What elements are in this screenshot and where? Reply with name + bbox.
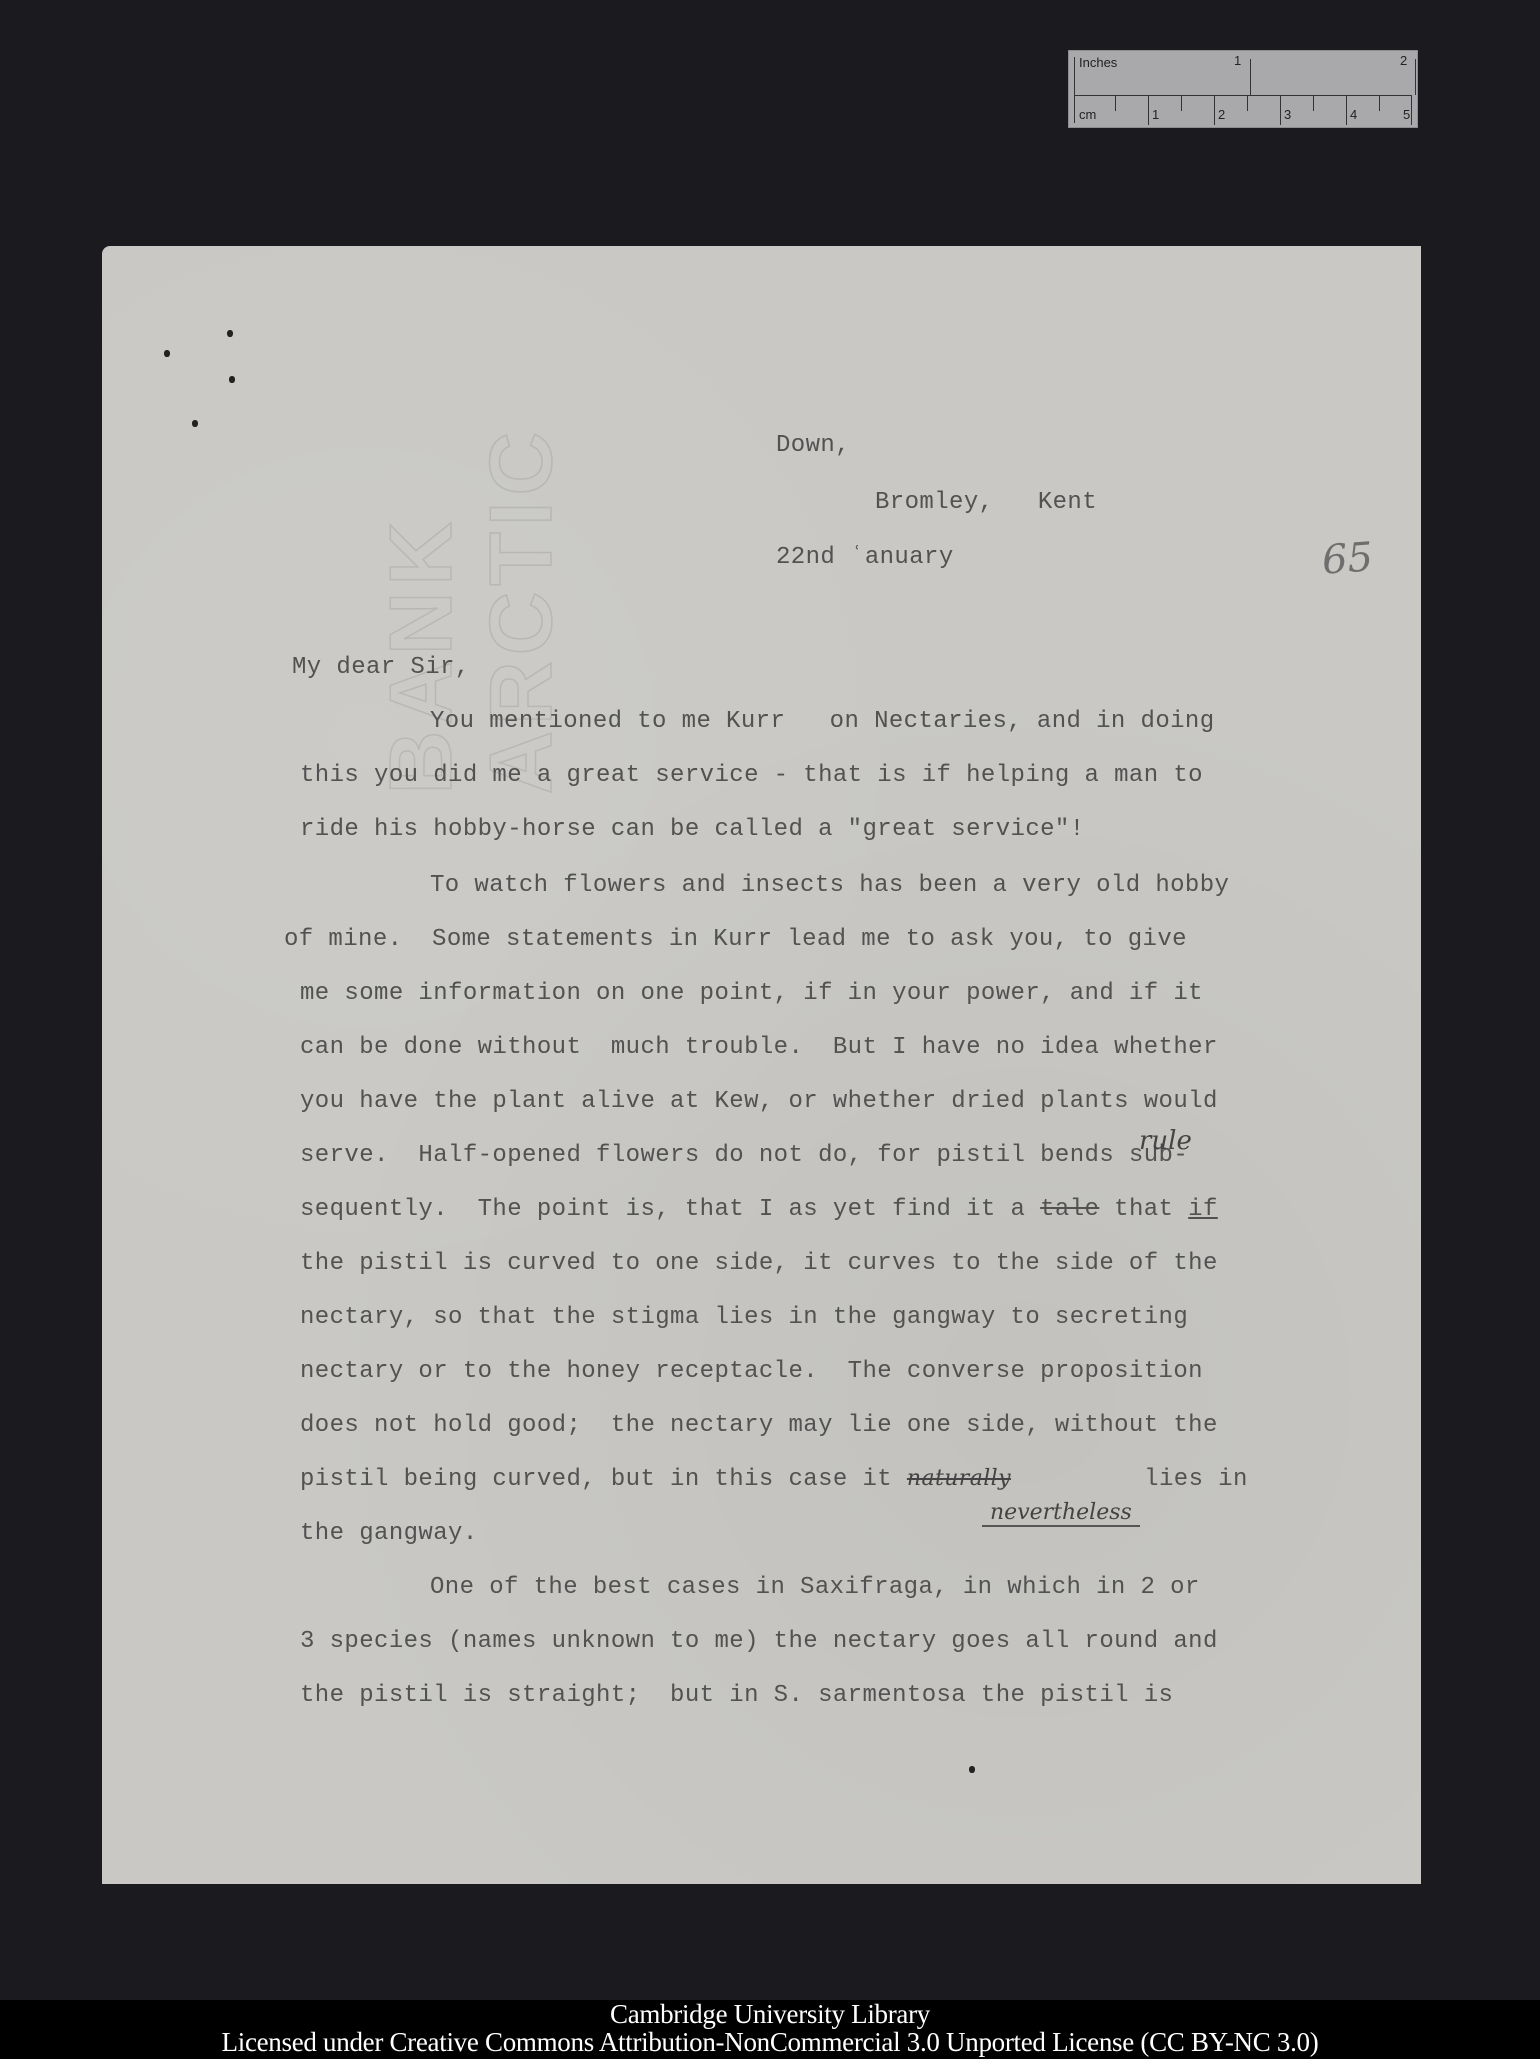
address-line-1: Down, — [776, 432, 850, 459]
ruler-inches-label: Inches — [1079, 55, 1117, 70]
body-line: One of the best cases in Saxifraga, in w… — [430, 1574, 1200, 1601]
ruler-tick — [1346, 95, 1347, 125]
ruler-cm-mark: 1 — [1152, 107, 1159, 122]
ruler-inch-mark-2: 2 — [1400, 53, 1407, 68]
ink-spot — [969, 1766, 975, 1773]
body-line: of mine. Some statements in Kurr lead me… — [284, 926, 1187, 953]
underlined-word: if — [1188, 1196, 1218, 1223]
body-line: the gangway. — [300, 1520, 478, 1547]
body-line: To watch flowers and insects has been a … — [430, 872, 1229, 899]
folio-number: 65 — [1320, 534, 1374, 583]
ruler-tick — [1280, 95, 1281, 125]
handwritten-correction-rule: rule — [1139, 1126, 1192, 1156]
ruler-cm-mark: 2 — [1218, 107, 1225, 122]
ruler-tick — [1411, 95, 1412, 125]
body-line-text: that — [1099, 1196, 1188, 1223]
body-line: You mentioned to me Kurr on Nectaries, a… — [430, 708, 1215, 735]
struck-handwritten-word: naturally — [907, 1466, 1011, 1491]
body-line: can be done without much trouble. But I … — [300, 1034, 1218, 1061]
ruler-tick — [1247, 95, 1248, 111]
ruler-cm-mark: 5 — [1403, 107, 1410, 122]
ruler-axis — [1075, 95, 1411, 96]
ruler-inch-mark-1: 1 — [1234, 53, 1241, 68]
body-line: serve. Half-opened flowers do not do, fo… — [300, 1142, 1188, 1169]
body-line: me some information on one point, if in … — [300, 980, 1203, 1007]
body-line: does not hold good; the nectary may lie … — [300, 1412, 1218, 1439]
body-line: you have the plant alive at Kew, or whet… — [300, 1088, 1218, 1115]
institution-name: Cambridge University Library — [0, 2000, 1540, 2028]
ruler-cm-mark: 3 — [1284, 107, 1291, 122]
license-footer: Cambridge University Library Licensed un… — [0, 2000, 1540, 2059]
handwritten-correction-nevertheless: nevertheless — [982, 1500, 1140, 1527]
scale-ruler: Inches 1 2 cm 1 2 3 4 5 — [1068, 50, 1418, 128]
body-line: the pistil is curved to one side, it cur… — [300, 1250, 1218, 1277]
salutation: My dear Sir, — [292, 654, 470, 681]
ruler-tick — [1115, 95, 1116, 111]
ruler-tick — [1148, 95, 1149, 125]
body-line-text: sequently. The point is, that I as yet f… — [300, 1196, 1040, 1223]
watermark-arctic: ARCTIC — [470, 426, 572, 794]
license-text: Licensed under Creative Commons Attribut… — [0, 2028, 1540, 2056]
body-line-text: lies in — [1011, 1466, 1248, 1493]
body-line: the pistil is straight; but in S. sarmen… — [300, 1682, 1173, 1709]
ruler-tick — [1379, 95, 1380, 111]
body-line: this you did me a great service - that i… — [300, 762, 1203, 789]
punch-hole — [229, 376, 235, 383]
body-line: 3 species (names unknown to me) the nect… — [300, 1628, 1218, 1655]
body-line: pistil being curved, but in this case it… — [300, 1466, 1248, 1493]
ruler-tick — [1250, 59, 1251, 95]
ruler-tick — [1313, 95, 1314, 111]
body-line: ride his hobby-horse can be called a "gr… — [300, 816, 1085, 843]
body-line: nectary or to the honey receptacle. The … — [300, 1358, 1203, 1385]
struck-word: tale — [1040, 1196, 1099, 1223]
ruler-cm-label: cm — [1079, 107, 1096, 122]
punch-hole — [192, 420, 198, 427]
ruler-tick — [1415, 59, 1416, 95]
letter-date: 22nd ʿanuary — [776, 544, 954, 571]
ruler-tick — [1074, 57, 1075, 123]
punch-hole — [164, 350, 170, 357]
address-line-2: Bromley, Kent — [875, 489, 1097, 516]
ruler-cm-mark: 4 — [1350, 107, 1357, 122]
body-line: nectary, so that the stigma lies in the … — [300, 1304, 1188, 1331]
punch-hole — [227, 330, 233, 337]
body-line-text: pistil being curved, but in this case it — [300, 1466, 907, 1493]
body-line: sequently. The point is, that I as yet f… — [300, 1196, 1218, 1223]
letter-page: ARCTIC BANK 65 Down, Bromley, Kent 22nd … — [102, 246, 1421, 1884]
ruler-tick — [1214, 95, 1215, 125]
ruler-tick — [1181, 95, 1182, 111]
